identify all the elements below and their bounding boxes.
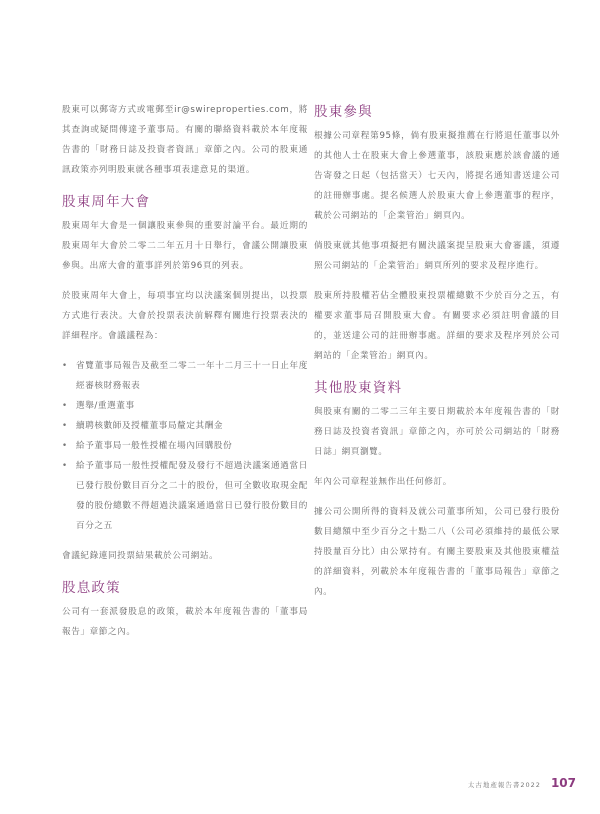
- agm-paragraph-2: 於股東周年大會上，每項事宜均以決議案個別提出，以投票方式進行表決。大會於投票表決…: [62, 286, 308, 346]
- agm-paragraph-3: 會議紀錄連同投票結果載於公司網站。: [62, 546, 308, 566]
- agenda-item: 給予董事局一般性授權在場內回購股份: [62, 436, 308, 456]
- agm-paragraph-1: 股東周年大會是一個讓股東參與的重要討論平台。最近期的股東周年大會於二零二二年五月…: [62, 216, 308, 276]
- agenda-item: 給予董事局一般性授權配發及發行不超過決議案通過當日已發行股份數目百分之二十的股份…: [62, 456, 308, 536]
- agenda-item: 省覽董事局報告及截至二零二一年十二月三十一日止年度經審核財務報表: [62, 356, 308, 396]
- agenda-item: 選舉/重選董事: [62, 396, 308, 416]
- left-column: 股東可以郵寄方式或電郵至ir@swireproperties.com，將其查詢或…: [62, 100, 308, 652]
- dividend-policy-heading: 股息政策: [62, 576, 308, 600]
- other-shareholder-info-heading: 其他股東資料: [314, 376, 560, 400]
- other-info-paragraph-1: 與股東有關的二零二三年主要日期載於本年度報告書的「財務日誌及投資者資訊」章節之內…: [314, 402, 560, 462]
- report-title: 太古地產報告書2022: [468, 780, 541, 789]
- participation-paragraph-2: 倘股東就其他事項擬把有關決議案提呈股東大會審議，須遵照公司網站的「企業管治」網頁…: [314, 236, 560, 276]
- participation-paragraph-3: 股東所持股權若佔全體股東投票權總數不少於百分之五，有權要求董事局召開股東大會。有…: [314, 286, 560, 366]
- page-footer: 太古地產報告書2022 107: [440, 776, 576, 790]
- agm-heading: 股東周年大會: [62, 190, 308, 214]
- other-info-paragraph-2: 年內公司章程並無作出任何修訂。: [314, 472, 560, 492]
- participation-paragraph-1: 根據公司章程第95條，倘有股東擬推薦在行將退任董事以外的其他人士在股東大會上參選…: [314, 126, 560, 226]
- other-info-paragraph-3: 據公司公開所得的資料及就公司董事所知，公司已發行股份數目總額中至少百分之十點二八…: [314, 502, 560, 602]
- right-column: 股東參與 根據公司章程第95條，倘有股東擬推薦在行將退任董事以外的其他人士在股東…: [314, 100, 560, 612]
- dividend-policy-paragraph: 公司有一套派發股息的政策，載於本年度報告書的「董事局報告」章節之內。: [62, 602, 308, 642]
- agenda-item: 續聘核數師及授權董事局釐定其酬金: [62, 416, 308, 436]
- agm-agenda-list: 省覽董事局報告及截至二零二一年十二月三十一日止年度經審核財務報表 選舉/重選董事…: [62, 356, 308, 536]
- page-number: 107: [551, 776, 576, 790]
- shareholder-communication-paragraph: 股東可以郵寄方式或電郵至ir@swireproperties.com，將其查詢或…: [62, 100, 308, 180]
- shareholder-participation-heading: 股東參與: [314, 100, 560, 124]
